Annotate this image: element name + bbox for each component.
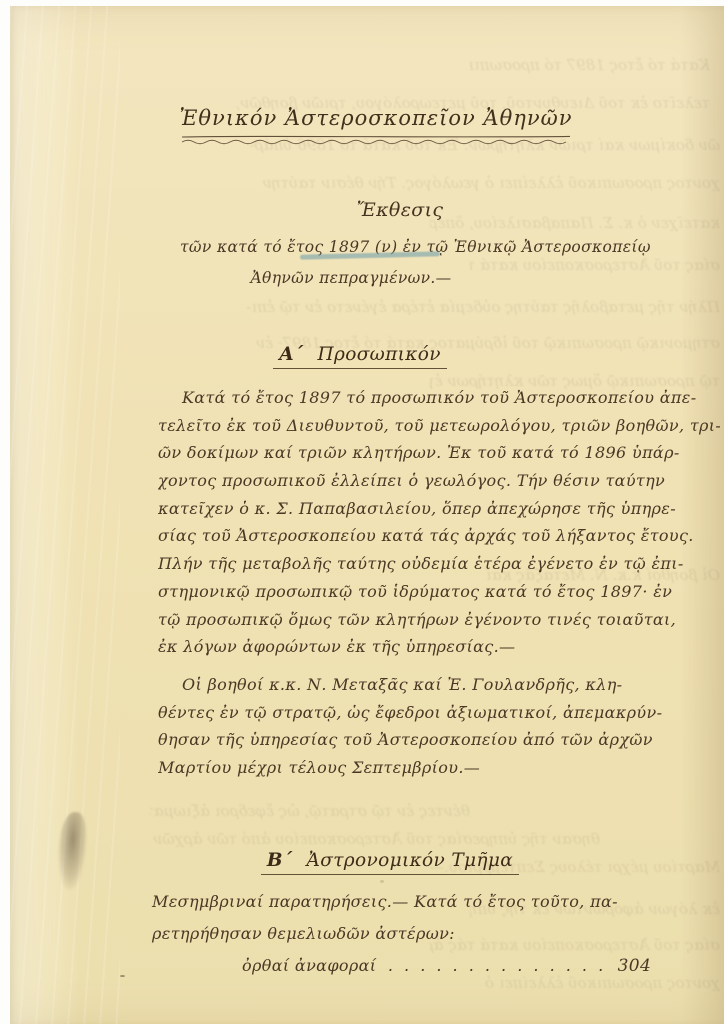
text-line: Κατά τό ἔτος 1897 τό προσωπικόν τοῦ Ἀστε… xyxy=(158,384,720,412)
text-line: θησαν τῆς ὑπηρεσίας τοῦ Ἀστεροσκοπείου ἀ… xyxy=(158,726,720,754)
section-b-title: Ἀστρονομικόν Τμῆμα xyxy=(307,850,514,871)
ghost-line: θησαν τῆς ὑπηρεσίας τοῦ Ἀστεροσκοπείου ἀ… xyxy=(150,830,600,848)
text-line: Πλήν τῆς μεταβολῆς ταύτης οὐδεμία ἑτέρα … xyxy=(158,550,720,578)
ghost-line: Κατά τό ἔτος 1897 τό προσωπικόν τοῦ Ἀστε… xyxy=(470,56,710,74)
title-wavy-underline xyxy=(180,134,572,146)
section-b-line1: Μεσημβριναί παρατηρήσεις.— Κατά τό ἔτος … xyxy=(152,892,724,911)
section-b-heading: Β΄Ἀστρονομικόν Τμῆμα xyxy=(230,850,550,875)
text-line: χοντος προσωπικοῦ ἐλλείπει ὁ γεωλόγος. Τ… xyxy=(158,467,720,495)
section-a-heading: Α΄Προσωπικόν xyxy=(210,344,510,369)
ink-speck xyxy=(120,975,125,977)
text-line: ἐκ λόγων ἀφορώντων ἐκ τῆς ὑπηρεσίας.— xyxy=(158,633,720,661)
text-line: θέντες ἐν τῷ στρατῷ, ὡς ἔφεδροι ἀξιωματι… xyxy=(158,699,720,727)
section-a-paragraph-2: Οἱ βοηθοί κ.κ. Ν. Μεταξᾶς καί Ἐ. Γουλανδ… xyxy=(158,671,720,782)
text-line: Μαρτίου μέχρι τέλους Σεπτεμβρίου.— xyxy=(158,754,720,782)
ghost-line: σίας τοῦ Ἀστεροσκοπείου κατά τάς ἀρχάς τ… xyxy=(470,256,720,274)
text-line: σίας τοῦ Ἀστεροσκοπείου κατά τάς ἀρχάς τ… xyxy=(158,522,720,550)
ghost-line: θέντες ἐν τῷ στρατῷ, ὡς ἔφεδροι ἀξιωματι… xyxy=(150,802,470,820)
report-heading: Ἔκθεσις xyxy=(300,199,500,221)
observation-entry-row: ὀρθαί ἀναφοραί . . . . . . . . . . . . .… xyxy=(242,956,702,976)
document-title: Ἐθνικόν Ἀστεροσκοπεῖον Ἀθηνῶν xyxy=(168,106,584,130)
text-line: κατεῖχεν ὁ κ. Σ. Παπαβασιλείου, ὅπερ ἀπε… xyxy=(158,495,720,523)
report-subtitle-line2: Ἀθηνῶν πεπραγμένων.— xyxy=(226,269,476,287)
section-a-title: Προσωπικόν xyxy=(318,344,441,365)
ink-speck xyxy=(380,880,384,883)
entry-value: 304 xyxy=(618,956,652,976)
ghost-line: χοντος προσωπικοῦ ἐλλείπει ὁ γεωλόγος. Τ… xyxy=(240,174,720,192)
ghost-line: χοντος προσωπικοῦ ἐλλείπει ὁ γεωλόγος. Τ… xyxy=(480,974,720,992)
text-line: ῶν δοκίμων καί τριῶν κλητήρων. Ἐκ τοῦ κα… xyxy=(158,439,720,467)
section-a-paragraph-1: Κατά τό ἔτος 1897 τό προσωπικόν τοῦ Ἀστε… xyxy=(158,384,720,661)
section-b-line2: ρετηρήθησαν θεμελιωδῶν ἀστέρων: xyxy=(152,924,724,943)
section-b-number: Β΄ xyxy=(267,850,293,871)
text-line: τελεῖτο ἐκ τοῦ Διευθυντοῦ, τοῦ μετεωρολό… xyxy=(158,412,720,440)
text-line: Οἱ βοηθοί κ.κ. Ν. Μεταξᾶς καί Ἐ. Γουλανδ… xyxy=(158,671,720,699)
text-line: στημονικῷ προσωπικῷ τοῦ ἱδρύματος κατά τ… xyxy=(158,578,720,606)
entry-label: ὀρθαί ἀναφοραί xyxy=(242,956,376,975)
ghost-line: Πλήν τῆς μεταβολῆς ταύτης οὐδεμία ἑτέρα … xyxy=(240,298,720,316)
dotted-leader: . . . . . . . . . . . . . . xyxy=(388,956,606,975)
section-a-number: Α΄ xyxy=(279,344,303,365)
text-line: τῷ προσωπικῷ ὅμως τῶν κλητήρων ἐγένοντο … xyxy=(158,606,720,634)
scanned-document-page: Κατά τό ἔτος 1897 τό προσωπικόν τοῦ Ἀστε… xyxy=(0,0,724,1024)
